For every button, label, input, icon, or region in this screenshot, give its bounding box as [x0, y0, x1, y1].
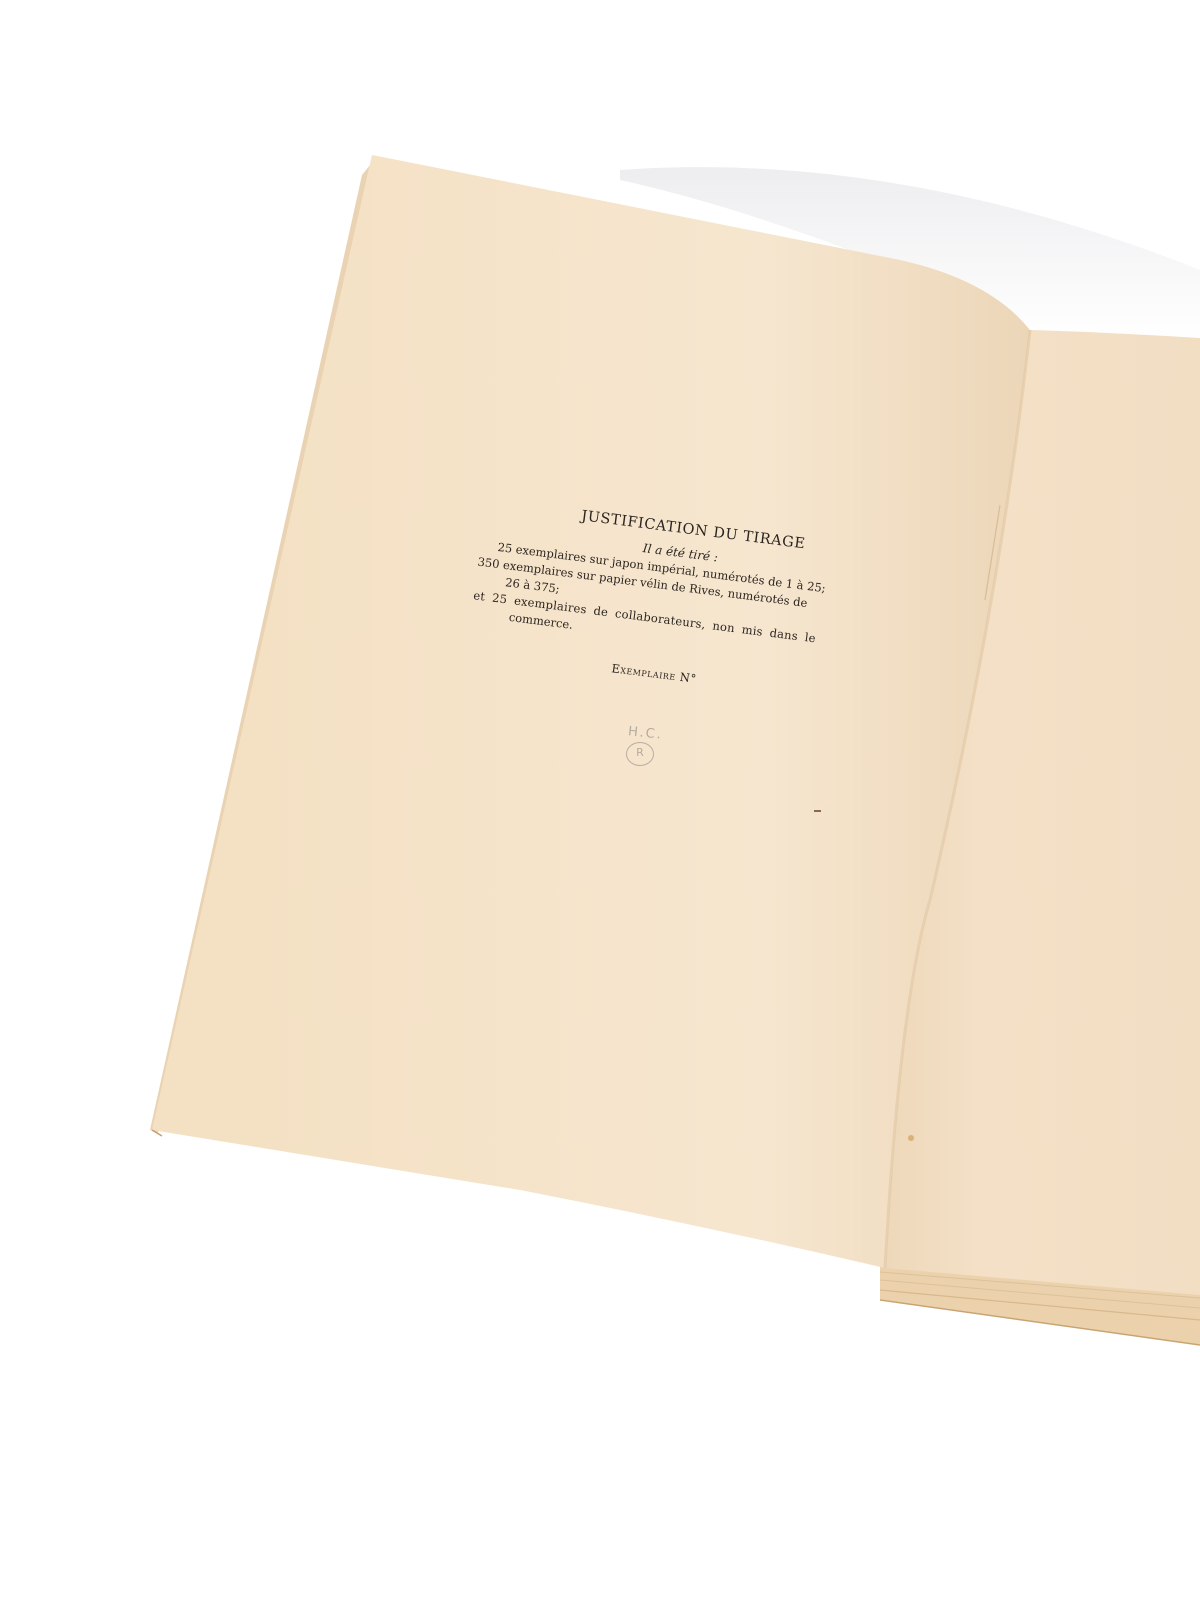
- circled-initial-icon: R: [626, 742, 654, 766]
- ink-speck: [814, 810, 821, 812]
- hors-commerce-note: H.C.: [627, 724, 663, 743]
- open-book: [0, 0, 1200, 1600]
- photo-scene: JUSTIFICATION DU TIRAGE Il a été tiré : …: [0, 0, 1200, 1600]
- pencil-annotation: H.C. R: [628, 722, 688, 772]
- foxing-spot: [908, 1135, 914, 1141]
